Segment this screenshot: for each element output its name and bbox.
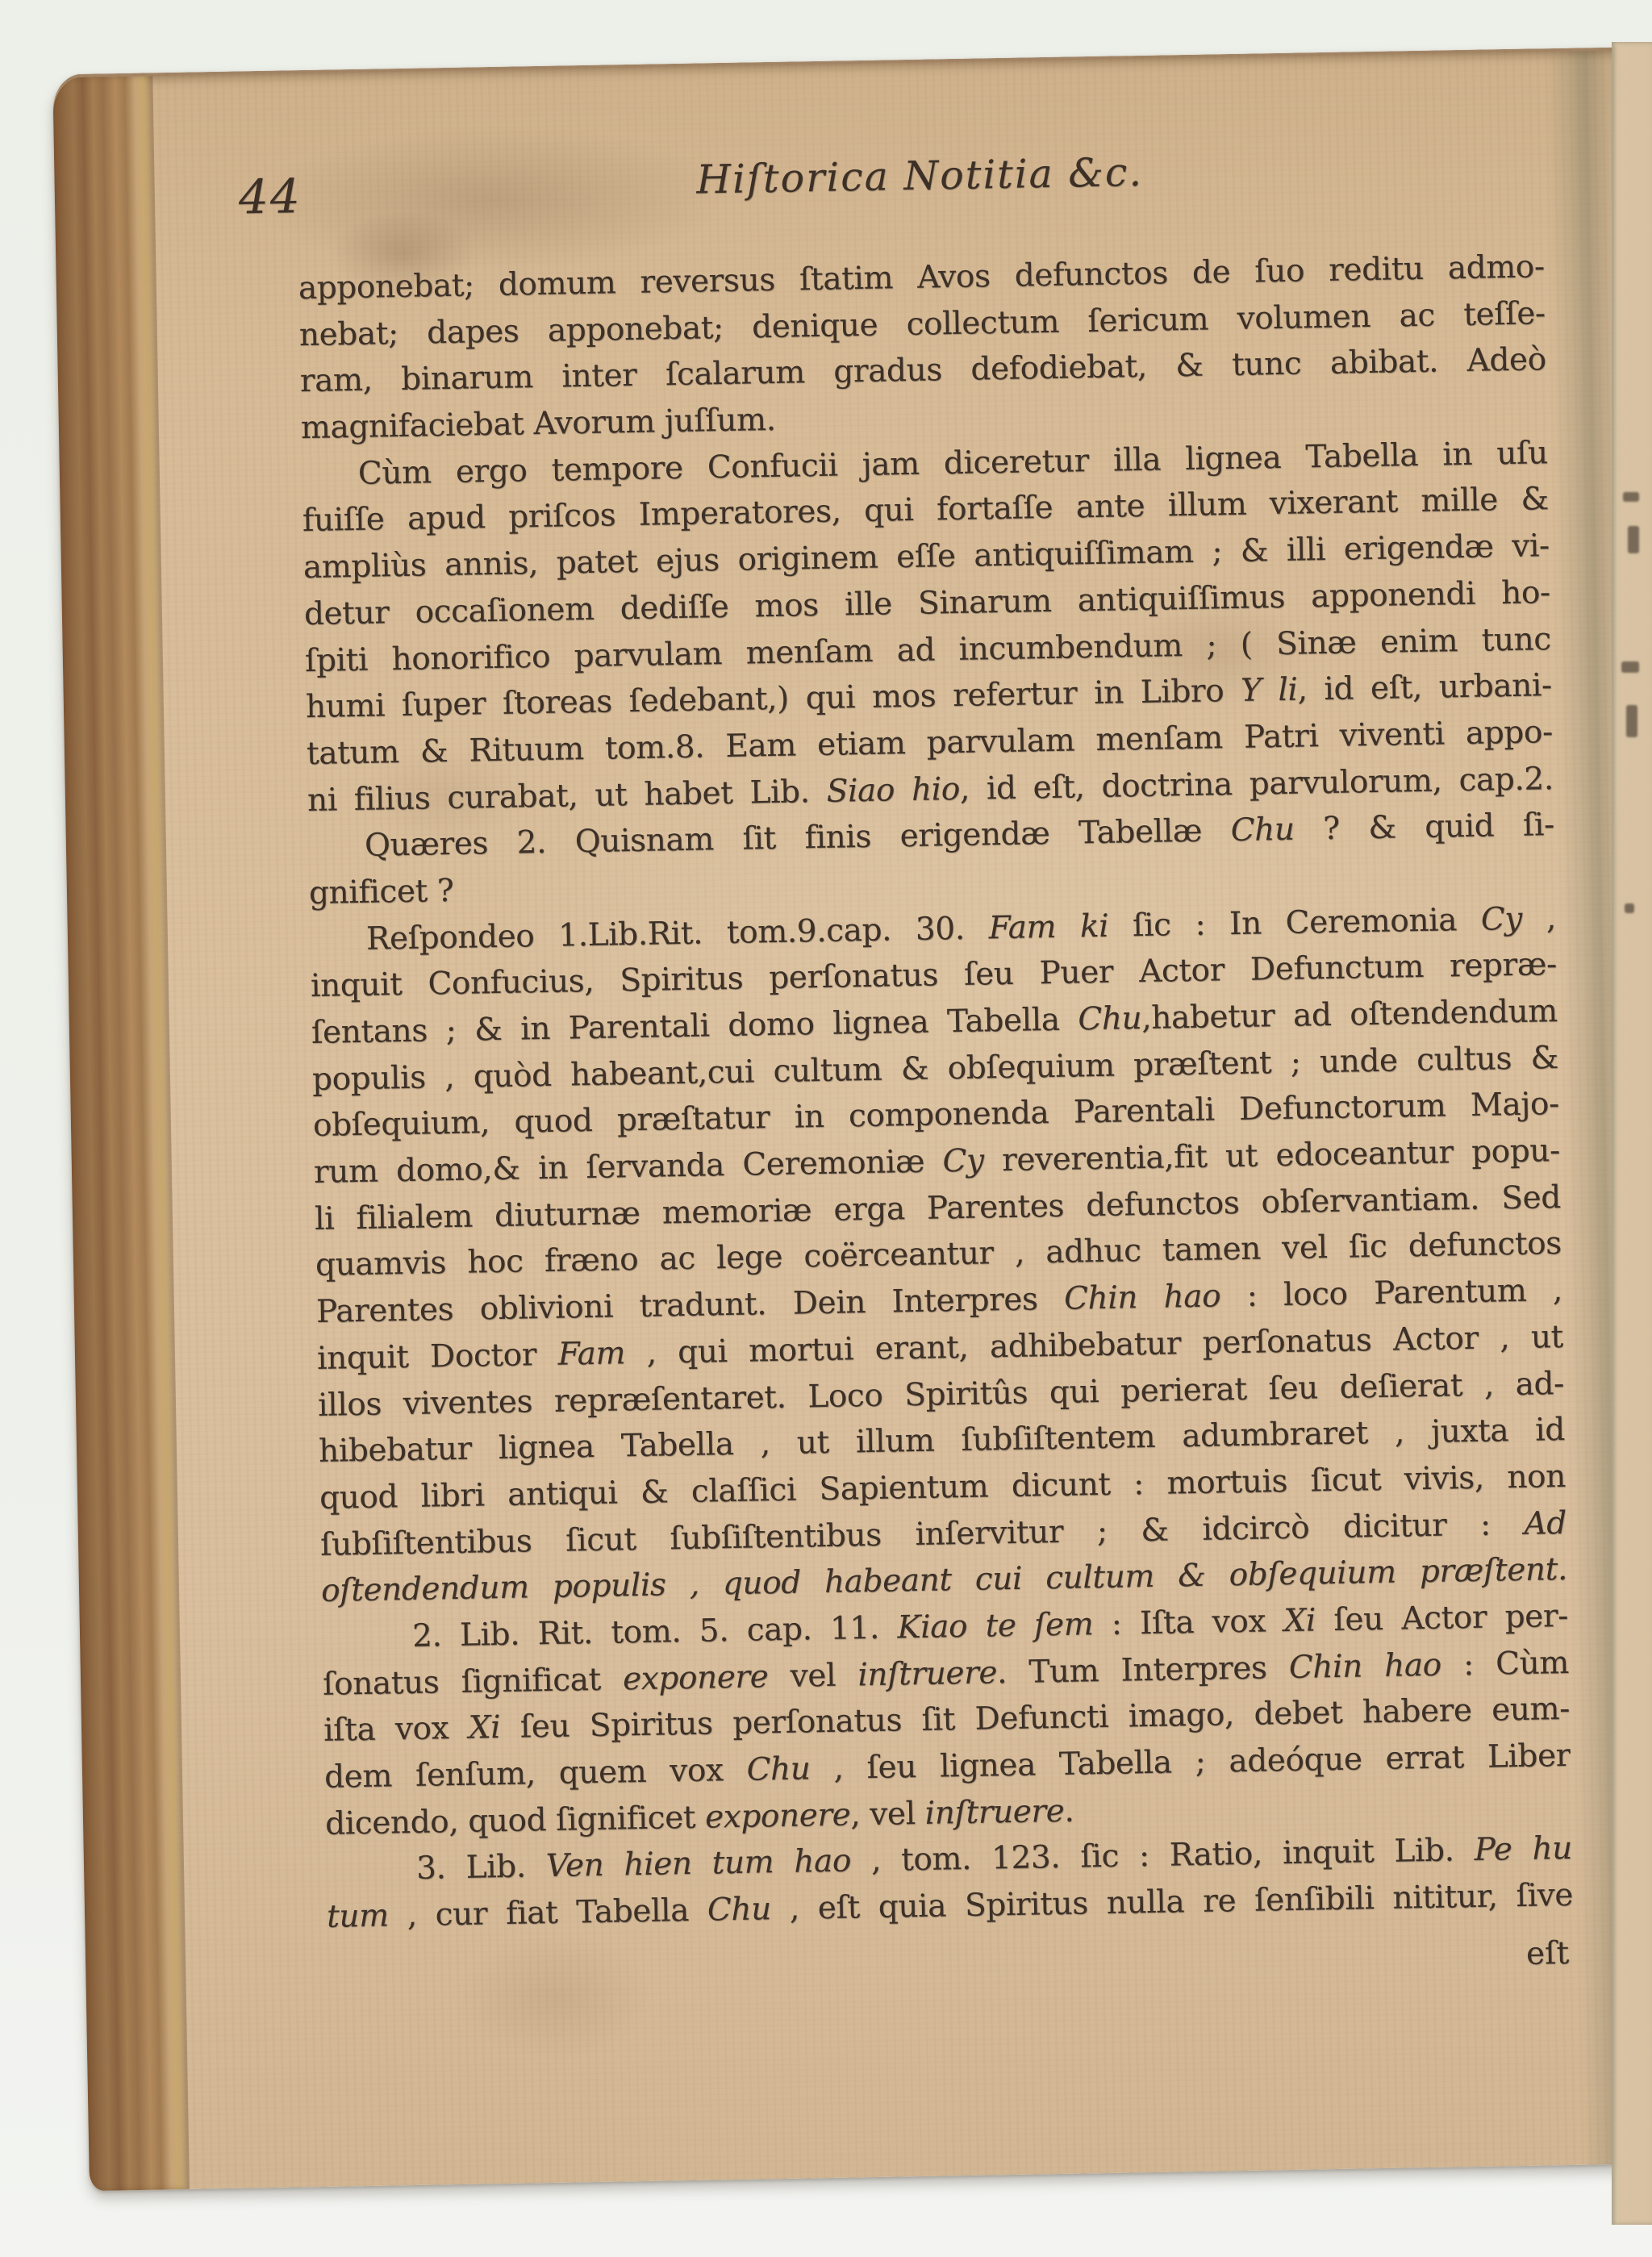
italic-text-segment: Kiao te ſem [897, 1606, 1094, 1646]
page-number: 44 [238, 169, 302, 224]
italic-text-segment: Chin hao [1064, 1279, 1221, 1317]
text-segment: magnifaciebat Avorum juſſum. [301, 402, 776, 446]
text-segment: : Cùm [1441, 1645, 1569, 1683]
adjacent-page-edge [1612, 42, 1652, 2225]
text-segment: 3. Lib. [416, 1848, 546, 1887]
text-segment: ſentans ; & in Parentali domo lignea Tab… [311, 1001, 1078, 1051]
text-segment: ,habetur ad oſtendendum [1141, 993, 1558, 1037]
italic-text-segment: Siao hio [826, 771, 960, 810]
text-segment: 2. Lib. Rit. tom. 5. cap. 11. [412, 1609, 898, 1654]
italic-text-segment: Chu [707, 1891, 772, 1928]
text-segment: ſeu Actor per- [1316, 1598, 1569, 1638]
text-segment: , vel [850, 1796, 925, 1834]
italic-text-segment: Chu [1078, 1000, 1142, 1037]
text-segment: Quæres 2. Quisnam ſit finis erigendæ Tab… [365, 812, 1232, 864]
text-segment: gnificet ? [309, 873, 454, 912]
italic-text-segment: Cy [942, 1143, 984, 1180]
text-segment: ? & quid ſi- [1294, 807, 1554, 848]
page-body-text: apponebat; domum reversus ſtatim Avos de… [298, 244, 1574, 1998]
text-segment: : Iſta vox [1093, 1603, 1284, 1642]
running-title: Hiſtorica Notitia &c. [296, 142, 1543, 210]
italic-text-segment: Pe hu [1474, 1830, 1572, 1868]
text-segment: ſic : In Ceremonia [1108, 901, 1481, 944]
bleedthrough-text-mark [1623, 492, 1639, 502]
bleedthrough-text-mark [1628, 526, 1639, 553]
italic-text-segment: Ad [1524, 1505, 1566, 1542]
italic-text-segment: Ven hien tum hao [545, 1843, 851, 1885]
text-segment: rum domo,& in ſervanda Ceremoniæ [314, 1143, 943, 1191]
text-segment: dem ſenſum, quem vox [324, 1752, 747, 1796]
text-segment: , ſeu lignea Tabella ; adeóque errat Lib… [810, 1738, 1571, 1787]
text-segment: ſonatus ſignificat [323, 1661, 624, 1702]
text-segment: iſta vox [323, 1710, 469, 1749]
text-segment: reverentia,fit ut edoceantur popu- [983, 1133, 1560, 1179]
bleedthrough-text-mark [1626, 705, 1637, 737]
text-segment: , eſt quia Spiritus nulla re ſenſibili n… [770, 1877, 1573, 1927]
scanner-background: 44 Hiſtorica Notitia &c. apponebat; domu… [0, 0, 1652, 2257]
text-segment: . [1064, 1792, 1074, 1829]
text-segment: Reſpondeo 1.Lib.Rit. tom.9.cap. 30. [366, 910, 989, 957]
italic-text-segment: exponere [705, 1796, 851, 1835]
bleedthrough-text-mark [1625, 903, 1634, 913]
text-segment: . Tum Interpres [997, 1650, 1290, 1691]
italic-text-segment: Y li [1241, 672, 1298, 709]
text-segment: , cur fiat Tabella [388, 1892, 707, 1934]
italic-text-segment: Fam [557, 1335, 625, 1372]
text-segment: dicendo, quod ſignificet [325, 1799, 706, 1842]
italic-text-segment: Xi [1283, 1602, 1316, 1639]
italic-text-segment: tum [327, 1898, 389, 1935]
bleedthrough-text-mark [1621, 661, 1639, 673]
book-page: 44 Hiſtorica Notitia &c. apponebat; domu… [52, 47, 1652, 2191]
italic-text-segment: Xi [468, 1709, 500, 1746]
text-segment: inquit Doctor [317, 1337, 558, 1377]
italic-text-segment: Chu [1230, 811, 1295, 849]
italic-text-segment: Chu [746, 1750, 811, 1788]
text-segment: Parentes oblivioni tradunt. Dein Interpr… [316, 1281, 1065, 1330]
italic-text-segment: Chin hao [1288, 1646, 1441, 1685]
italic-text-segment: inſtruere [924, 1793, 1064, 1832]
italic-text-segment: Cy [1480, 900, 1522, 937]
text-segment: ni filius curabat, ut habet Lib. [307, 773, 827, 818]
text-segment: , [1522, 900, 1557, 937]
page-stack-edge [52, 76, 190, 2191]
text-segment: , tom. 123. ſic : Ratio, inquit Lib. [851, 1832, 1475, 1879]
italic-text-segment: inſtruere [857, 1654, 997, 1693]
text-segment: vel [768, 1657, 858, 1695]
text-segment: , id eſt, urbani- [1297, 667, 1552, 707]
italic-text-segment: Fam ki [988, 907, 1108, 946]
text-segment: , id eſt, doctrina parvulorum, cap.2. [959, 761, 1554, 807]
catchword: eſt [327, 1930, 1575, 1999]
text-segment: : loco Parentum , [1220, 1272, 1562, 1314]
italic-text-segment: exponere [623, 1658, 769, 1697]
